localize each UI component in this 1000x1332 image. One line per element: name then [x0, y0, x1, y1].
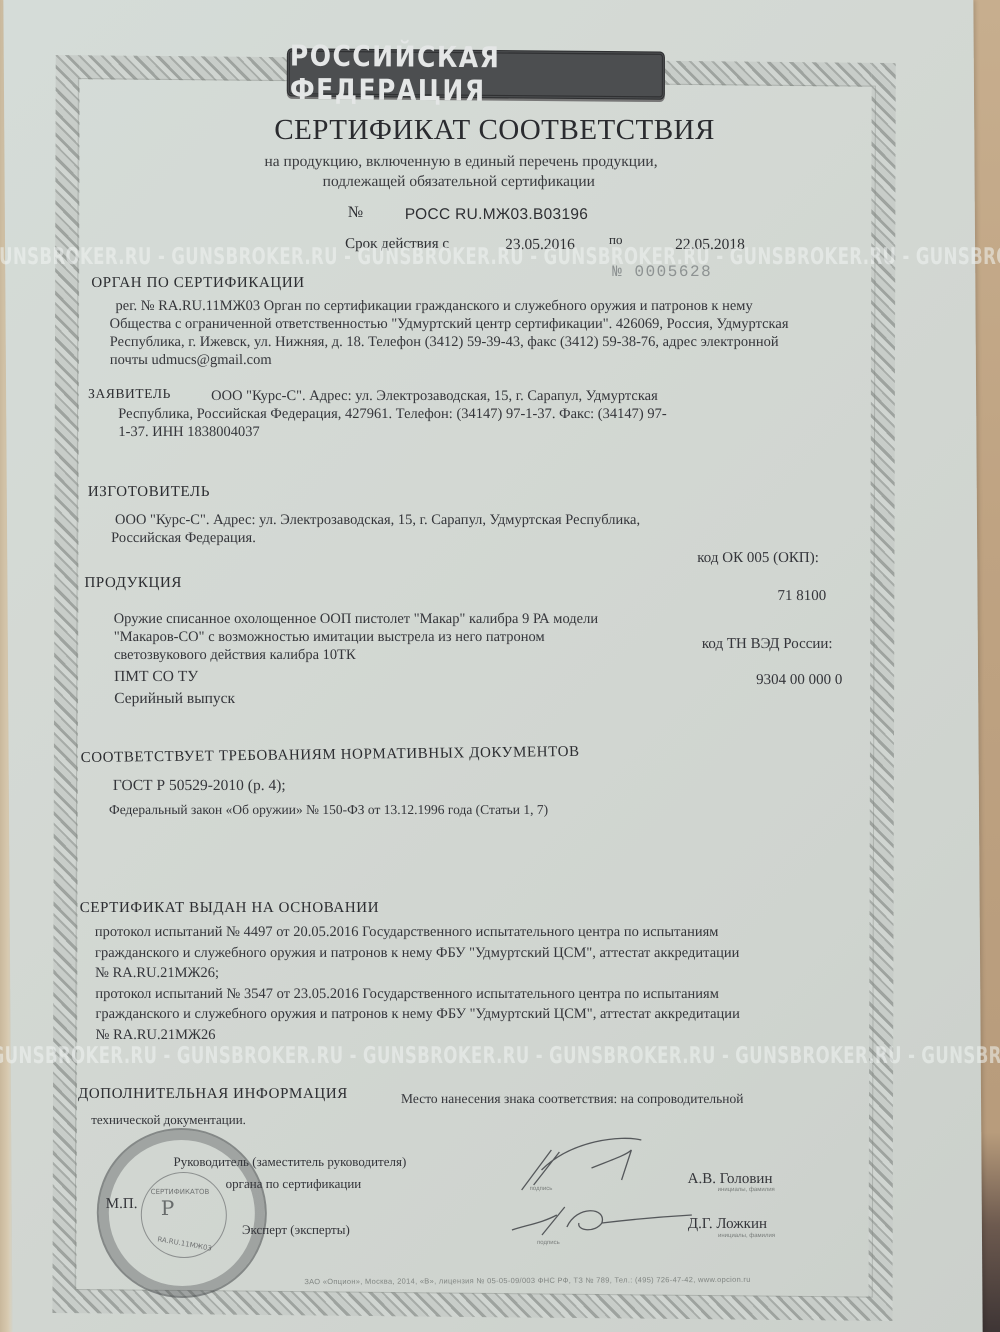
basis-text: протокол испытаний № 4497 от 20.05.2016 … — [95, 922, 740, 1045]
heading-product: ПРОДУКЦИЯ — [84, 575, 182, 592]
head-label-line-2: органа по сертификации — [226, 1175, 362, 1193]
certificate-paper: РОССИЙСКАЯ ФЕДЕРАЦИЯ СЕРТИФИКАТ СООТВЕТС… — [3, 0, 982, 1332]
number-label: № — [348, 204, 363, 222]
product-line-1: Оружие списанное охолощенное ООП пистоле… — [114, 610, 599, 628]
basis-line-2: гражданского и служебного оружия и патро… — [95, 943, 740, 964]
subtitle-line-2: подлежащей обязательной сертификации — [323, 173, 595, 191]
signature-caption-1: подпись — [530, 1186, 553, 1192]
product-line-2: "Макаров-СО" с возможностью имитации выс… — [114, 628, 599, 646]
okp-code-value: 71 8100 — [777, 588, 826, 605]
heading-applicant: ЗАЯВИТЕЛЬ — [88, 386, 171, 402]
standards-line-2: Федеральный закон «Об оружии» № 150-ФЗ о… — [109, 801, 548, 819]
head-name: А.В. Головин — [688, 1170, 773, 1188]
watermark-bottom: GUNSBROKER.RU - GUNSBROKER.RU - GUNSBROK… — [0, 1043, 754, 1069]
certification-body-line-4: почты udmucs@gmail.com — [110, 351, 886, 369]
expert-name: Д.Г. Ложкин — [688, 1215, 767, 1233]
name-caption-1: инициалы, фамилия — [718, 1187, 775, 1193]
tnved-code-label: код ТН ВЭД России: — [702, 636, 833, 653]
seal-top-text: СЕРТИФИКАТОВ — [151, 1188, 210, 1196]
heading-manufacturer: ИЗГОТОВИТЕЛЬ — [88, 484, 210, 501]
stamp-place-label: М.П. — [106, 1195, 138, 1213]
certification-body-text: рег. № RA.RU.11МЖ03 Орган по сертификаци… — [109, 297, 886, 369]
applicant-text: Республика, Российская Федерация, 427961… — [118, 405, 667, 441]
certification-body-line-2: Общества с ограниченной ответственностью… — [110, 315, 886, 333]
expert-label: Эксперт (эксперты) — [242, 1221, 350, 1239]
product-text: Оружие списанное охолощенное ООП пистоле… — [114, 610, 599, 708]
okp-code-label: код ОК 005 (ОКП): — [697, 550, 819, 567]
country-banner: РОССИЙСКАЯ ФЕДЕРАЦИЯ — [287, 48, 665, 100]
basis-line-6: № RA.RU.21МЖ26 — [96, 1025, 741, 1046]
subtitle-line-1: на продукцию, включенную в единый перече… — [264, 153, 657, 171]
expert-signature — [507, 1195, 697, 1245]
product-line-5: Серийный выпуск — [114, 690, 599, 708]
standards-line-1: ГОСТ Р 50529-2010 (р. 4); — [113, 777, 286, 795]
product-line-3: светозвукового действия калибра 10ТК — [114, 646, 599, 664]
applicant-line-3: 1-37. ИНН 1838004037 — [118, 423, 667, 441]
certificate-number: РОСС RU.МЖ03.В03196 — [405, 206, 588, 224]
manufacturer-line-2: Российская Федерация. — [111, 529, 640, 547]
manufacturer-text: ООО "Курс-С". Адрес: ул. Электрозаводска… — [111, 511, 640, 547]
certification-body-line-1: рег. № RA.RU.11МЖ03 Орган по сертификаци… — [109, 297, 885, 315]
seal-emblem-icon: Р — [161, 1196, 175, 1220]
heading-certification-body: ОРГАН ПО СЕРТИФИКАЦИИ — [91, 275, 304, 292]
applicant-line-2: Республика, Российская Федерация, 427961… — [118, 405, 667, 423]
tnved-code-value: 9304 00 000 0 — [756, 672, 842, 689]
product-line-4: ПМТ СО ТУ — [114, 668, 599, 686]
certificate-title: СЕРТИФИКАТ СООТВЕТСТВИЯ — [274, 114, 715, 147]
additional-line-2: технической документации. — [91, 1111, 246, 1129]
basis-line-4: протокол испытаний № 3547 от 23.05.2016 … — [95, 984, 740, 1005]
basis-line-1: протокол испытаний № 4497 от 20.05.2016 … — [95, 922, 740, 943]
certification-body-line-3: Республика, г. Ижевск, ул. Нижняя, д. 18… — [110, 333, 886, 351]
heading-additional: ДОПОЛНИТЕЛЬНАЯ ИНФОРМАЦИЯ — [78, 1086, 348, 1103]
basis-line-5: гражданского и служебного оружия и патро… — [95, 1004, 740, 1025]
blank-serial-number: № 0005628 — [612, 263, 712, 281]
manufacturer-line-1: ООО "Курс-С". Адрес: ул. Электрозаводска… — [111, 511, 640, 529]
heading-basis: СЕРТИФИКАТ ВЫДАН НА ОСНОВАНИИ — [80, 900, 380, 917]
name-caption-2: инициалы, фамилия — [718, 1233, 775, 1239]
head-label-line-1: Руководитель (заместитель руководителя) — [173, 1153, 406, 1171]
applicant-line-1: ООО "Курс-С". Адрес: ул. Электрозаводска… — [211, 387, 658, 405]
basis-line-3: № RA.RU.21МЖ26; — [95, 963, 740, 984]
signature-caption-2: подпись — [537, 1240, 560, 1246]
additional-line-1: Место нанесения знака соответствия: на с… — [401, 1090, 744, 1108]
